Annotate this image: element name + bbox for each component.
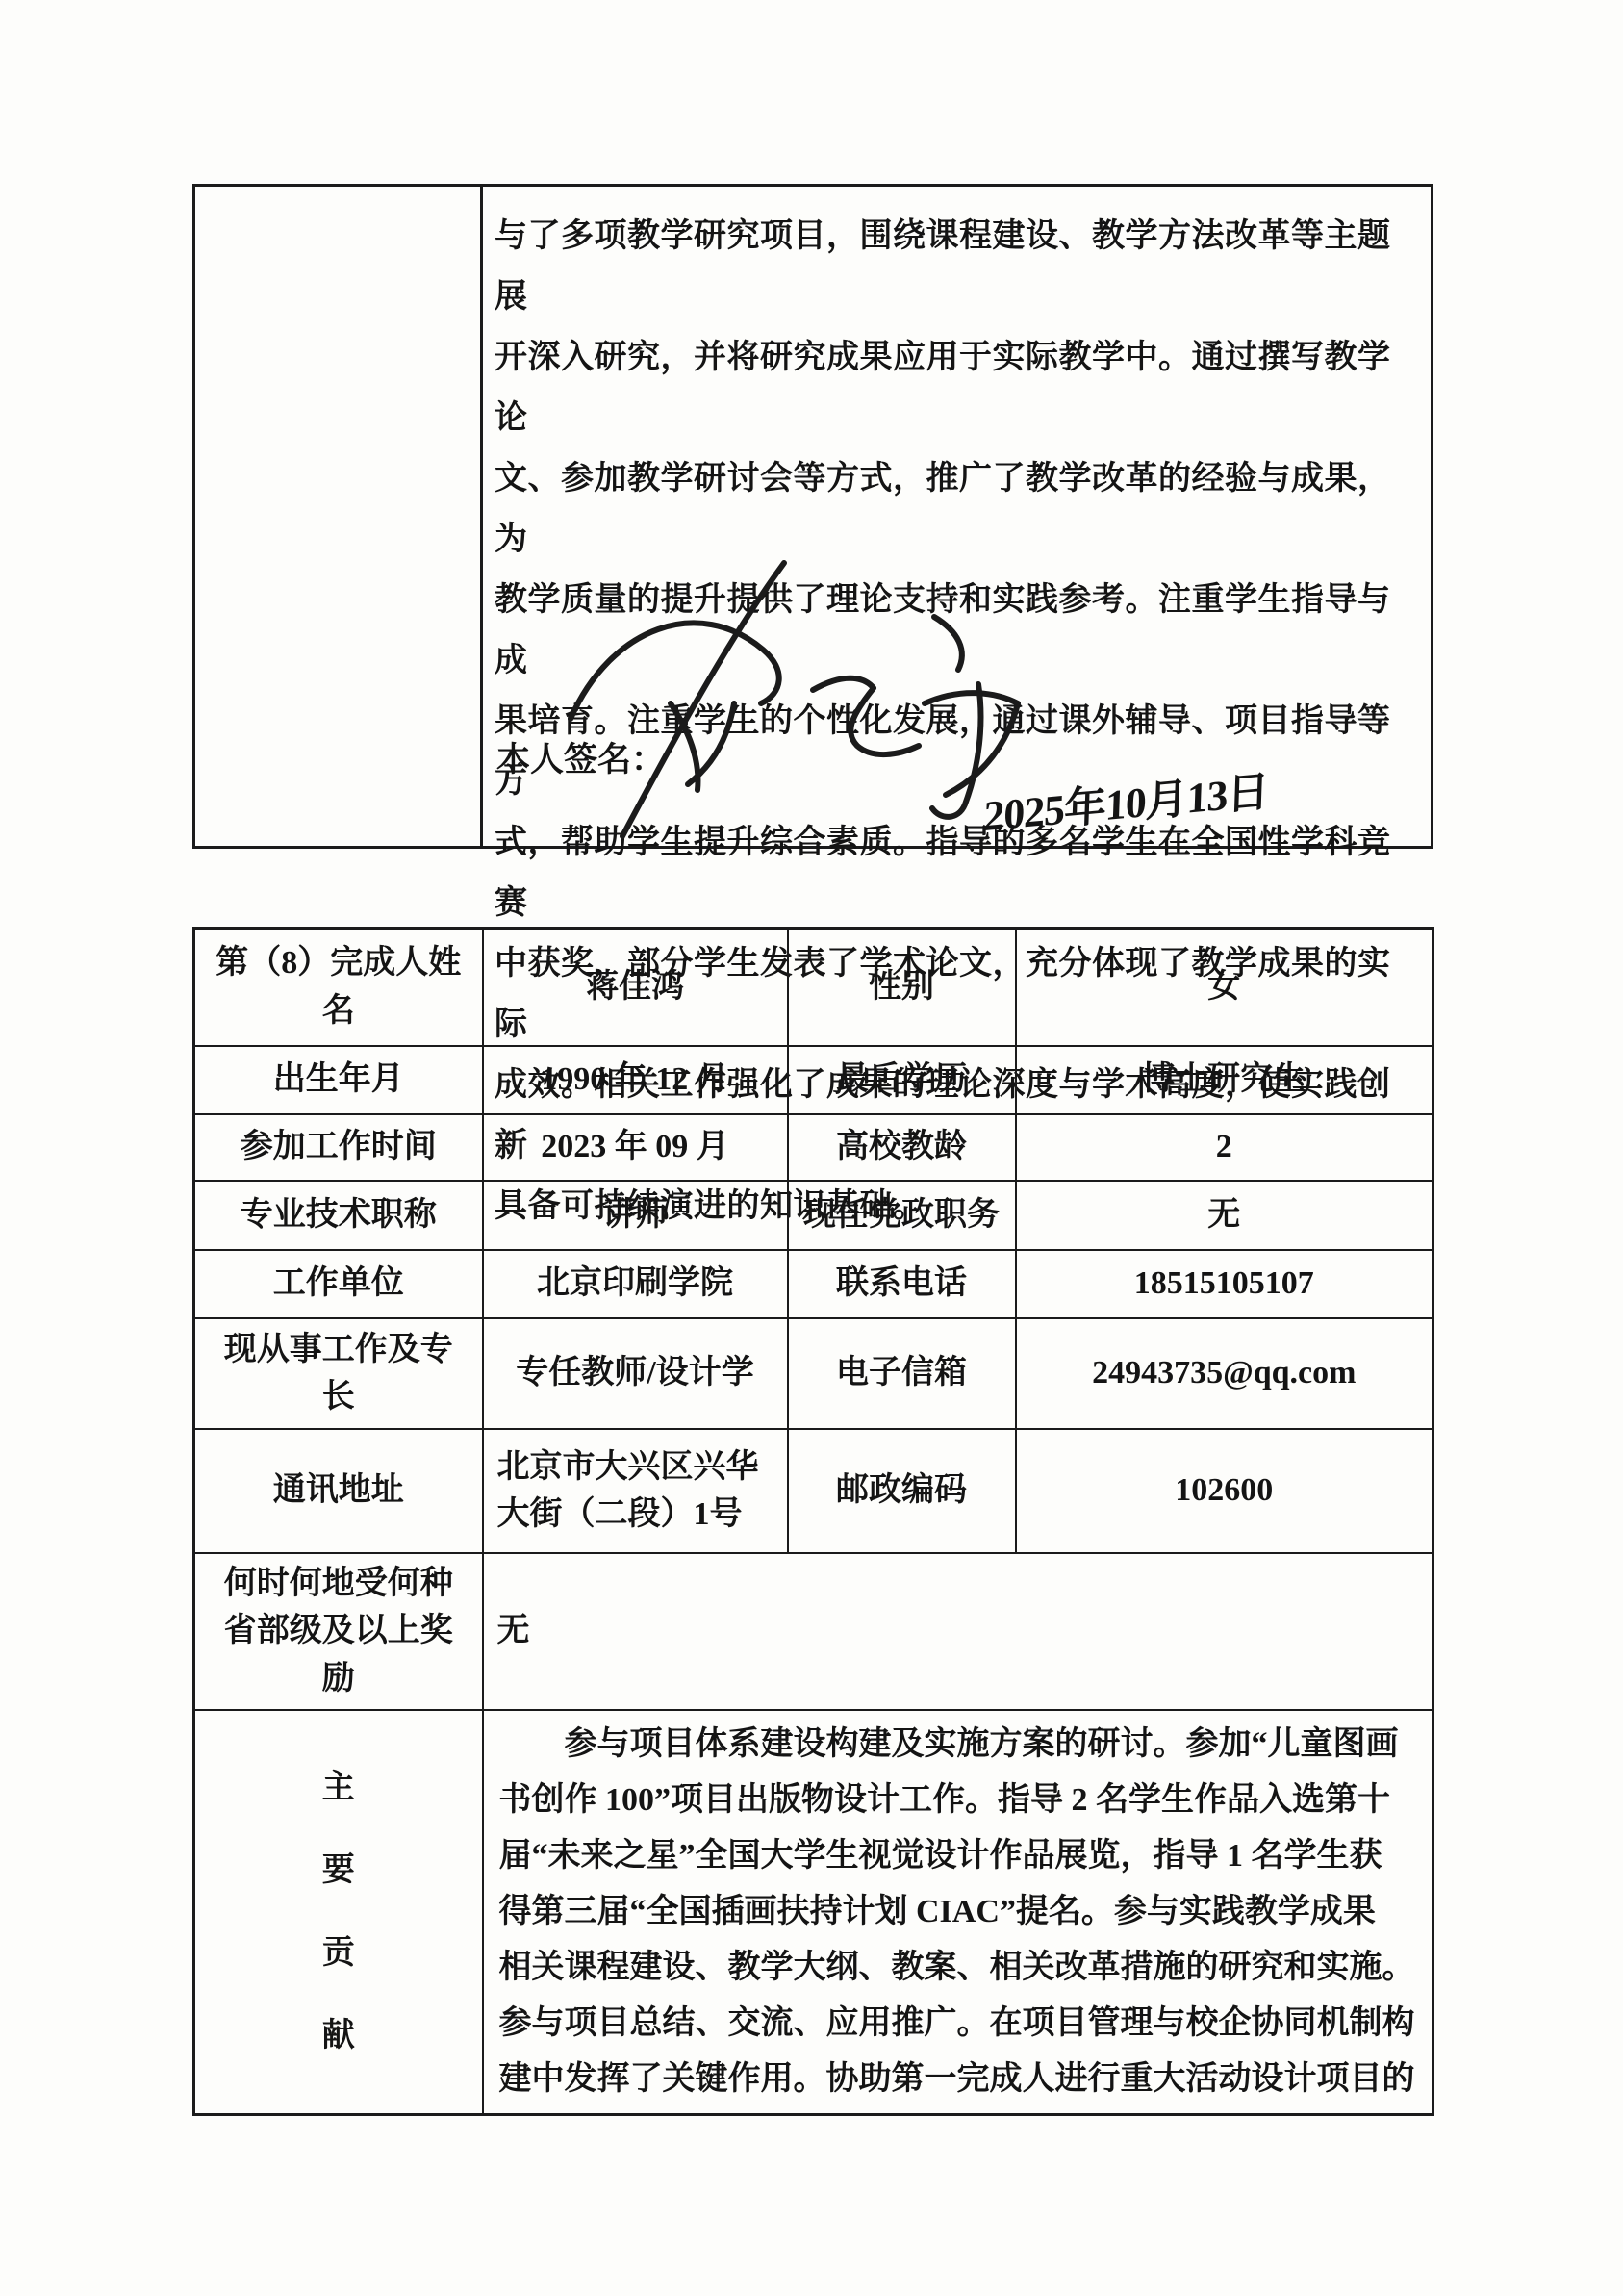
field-gender-value: 女	[1016, 929, 1433, 1046]
field-birth-date-value: 1990 年 12 月	[483, 1046, 788, 1114]
field-gender-label: 性别	[788, 929, 1016, 1046]
field-address-value: 北京市大兴区兴华 大街（二段）1号	[483, 1429, 788, 1553]
field-address-label: 通讯地址	[194, 1429, 483, 1553]
summary-cell: 与了多项教学研究项目，围绕课程建设、教学方法改革等主题展 开深入研究，并将研究成…	[483, 187, 1431, 846]
field-work-start-value: 2023 年 09 月	[483, 1114, 788, 1181]
summary-continuation-table: 与了多项教学研究项目，围绕课程建设、教学方法改革等主题展 开深入研究，并将研究成…	[192, 184, 1433, 849]
field-email-value: 24943735@qq.com	[1016, 1318, 1433, 1429]
field-awards-label: 何时何地受何种 省部级及以上奖 励	[194, 1553, 483, 1710]
field-last-degree-label: 最后学历	[788, 1046, 1016, 1114]
table-row: 何时何地受何种 省部级及以上奖 励 无	[194, 1553, 1433, 1710]
major-contribution-text: 参与项目体系建设构建及实施方案的研讨。参加“儿童图画 书创作 100”项目出版物…	[483, 1710, 1433, 2115]
table-row: 出生年月 1990 年 12 月 最后学历 博士研究生	[194, 1046, 1433, 1114]
field-current-work-label: 现从事工作及专 长	[194, 1318, 483, 1429]
field-teaching-years-value: 2	[1016, 1114, 1433, 1181]
field-postal-code-label: 邮政编码	[788, 1429, 1016, 1553]
table-row: 参加工作时间 2023 年 09 月 高校教龄 2	[194, 1114, 1433, 1181]
field-email-label: 电子信箱	[788, 1318, 1016, 1429]
table-row: 工作单位 北京印刷学院 联系电话 18515105107	[194, 1250, 1433, 1318]
field-last-degree-value: 博士研究生	[1016, 1046, 1433, 1114]
field-professional-title-value: 讲师	[483, 1181, 788, 1250]
field-party-post-label: 现任党政职务	[788, 1181, 1016, 1250]
field-party-post-value: 无	[1016, 1181, 1433, 1250]
signature-label: 本人签名：	[496, 733, 665, 781]
field-work-unit-value: 北京印刷学院	[483, 1250, 788, 1318]
table-row: 现从事工作及专 长 专任教师/设计学 电子信箱 24943735@qq.com	[194, 1318, 1433, 1429]
field-work-unit-label: 工作单位	[194, 1250, 483, 1318]
field-completer-name-label: 第（8）完成人姓 名	[194, 929, 483, 1046]
field-current-work-value: 专任教师/设计学	[483, 1318, 788, 1429]
field-phone-label: 联系电话	[788, 1250, 1016, 1318]
table-row: 专业技术职称 讲师 现任党政职务 无	[194, 1181, 1433, 1250]
table-row: 第（8）完成人姓 名 蒋佳鸿 性别 女	[194, 929, 1433, 1046]
field-postal-code-value: 102600	[1016, 1429, 1433, 1553]
table-row: 主 要 贡 献 参与项目体系建设构建及实施方案的研讨。参加“儿童图画 书创作 1…	[194, 1710, 1433, 2115]
major-contribution-label: 主 要 贡 献	[194, 1710, 483, 2115]
scanned-form-page: 与了多项教学研究项目，围绕课程建设、教学方法改革等主题展 开深入研究，并将研究成…	[0, 0, 1623, 2296]
field-birth-date-label: 出生年月	[194, 1046, 483, 1114]
field-teaching-years-label: 高校教龄	[788, 1114, 1016, 1181]
field-completer-name-value: 蒋佳鸿	[483, 929, 788, 1046]
field-phone-value: 18515105107	[1016, 1250, 1433, 1318]
field-awards-value: 无	[483, 1553, 1433, 1710]
empty-side-cell	[195, 187, 483, 846]
completer-info-table: 第（8）完成人姓 名 蒋佳鸿 性别 女 出生年月 1990 年 12 月 最后学…	[192, 927, 1434, 2116]
field-work-start-label: 参加工作时间	[194, 1114, 483, 1181]
table-row: 通讯地址 北京市大兴区兴华 大街（二段）1号 邮政编码 102600	[194, 1429, 1433, 1553]
field-professional-title-label: 专业技术职称	[194, 1181, 483, 1250]
